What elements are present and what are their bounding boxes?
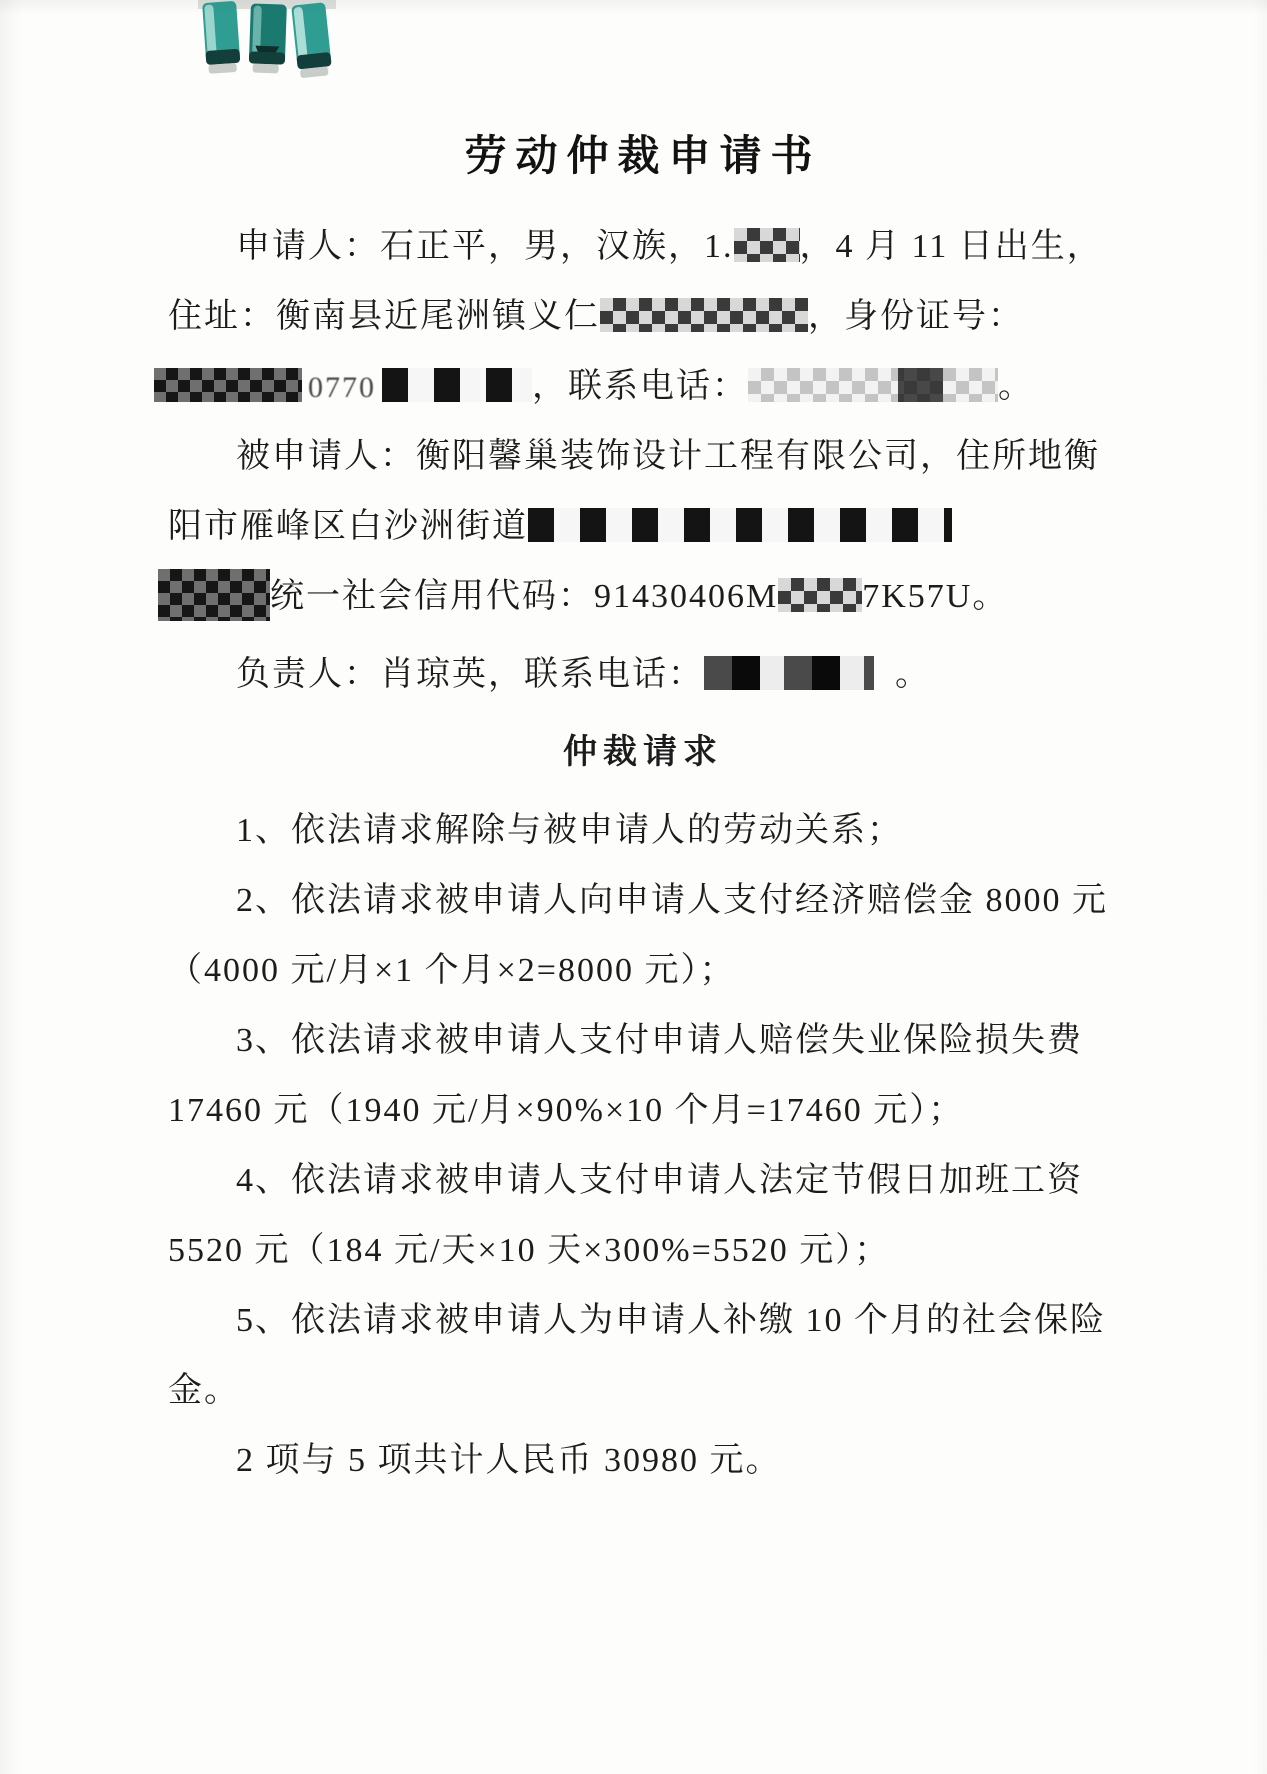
applicant-line-1: 申请人：石正平，男，汉族，1.，4 月 11 日出生， bbox=[168, 212, 1118, 282]
respondent-line1-text: 被申请人：衡阳馨巢装饰设计工程有限公司，住所地衡 bbox=[236, 438, 1100, 475]
principal-pre: 负责人：肖琼英，联系电话： bbox=[236, 656, 704, 693]
total-amount-line: 2 项与 5 项共计人民币 30980 元。 bbox=[168, 1426, 1118, 1496]
principal-end: 。 bbox=[895, 656, 931, 693]
redaction-code-middle bbox=[778, 578, 862, 612]
credit-code-label: 统一社会信用代码： bbox=[270, 578, 594, 615]
applicant-line-3: 0770，联系电话：。 bbox=[168, 352, 1118, 422]
redaction-street-address bbox=[528, 508, 952, 542]
request-item-3-line-1: 3、依法请求被申请人支付申请人赔偿失业保险损失费 bbox=[168, 1006, 1118, 1076]
respondent-line-3: 统一社会信用代码：91430406M7K57U。 bbox=[168, 562, 1118, 632]
applicant-line-2: 住址：衡南县近尾洲镇义仁，身份证号： bbox=[168, 282, 1118, 352]
redaction-phone-applicant bbox=[748, 368, 998, 402]
request-item-5-line-1: 5、依法请求被申请人为申请人补缴 10 个月的社会保险 bbox=[168, 1286, 1118, 1356]
request-item-4-line-1: 4、依法请求被申请人支付申请人法定节假日加班工资 bbox=[168, 1146, 1118, 1216]
redaction-id-left bbox=[154, 368, 302, 402]
arbitration-request-heading: 仲裁请求 bbox=[168, 718, 1118, 788]
respondent-line2-pre: 阳市雁峰区白沙洲街道 bbox=[168, 508, 528, 545]
redaction-birth-year bbox=[734, 228, 800, 262]
scanned-page: 劳动仲裁申请书 申请人：石正平，男，汉族，1.，4 月 11 日出生， 住址：衡… bbox=[0, 0, 1267, 1774]
applicant-line2-pre: 住址：衡南县近尾洲镇义仁 bbox=[168, 298, 600, 335]
request-item-1: 1、依法请求解除与被申请人的劳动关系； bbox=[168, 796, 1118, 866]
applicant-line1-pre: 申请人：石正平，男，汉族，1. bbox=[236, 228, 734, 265]
principal-line: 负责人：肖琼英，联系电话： 。 bbox=[168, 640, 1118, 710]
document: 劳动仲裁申请书 申请人：石正平，男，汉族，1.，4 月 11 日出生， 住址：衡… bbox=[168, 126, 1118, 1496]
applicant-line1-post: ，4 月 11 日出生， bbox=[800, 228, 1103, 265]
request-item-2-line-1: 2、依法请求被申请人向申请人支付经济赔偿金 8000 元 bbox=[168, 866, 1118, 936]
request-item-5-line-2: 金。 bbox=[168, 1356, 1118, 1426]
redaction-before-code bbox=[158, 569, 270, 621]
request-item-4-line-2: 5520 元（184 元/天×10 天×300%=5520 元）； bbox=[168, 1216, 1118, 1286]
respondent-line-2: 阳市雁峰区白沙洲街道 bbox=[168, 492, 1118, 562]
redaction-id-right bbox=[382, 368, 532, 402]
binder-clip-icon bbox=[192, 0, 342, 86]
page-title: 劳动仲裁申请书 bbox=[168, 126, 1118, 188]
redaction-phone-principal bbox=[704, 656, 874, 690]
request-item-2-line-2: （4000 元/月×1 个月×2=8000 元）； bbox=[168, 936, 1118, 1006]
credit-code-post: 7K57U。 bbox=[862, 578, 1008, 615]
credit-code-pre: 91430406M bbox=[594, 578, 778, 615]
request-item-3-line-2: 17460 元（1940 元/月×90%×10 个月=17460 元）； bbox=[168, 1076, 1118, 1146]
respondent-line-1: 被申请人：衡阳馨巢装饰设计工程有限公司，住所地衡 bbox=[168, 422, 1118, 492]
applicant-line3-end: 。 bbox=[998, 368, 1034, 405]
applicant-line2-post: ，身份证号： bbox=[808, 298, 1024, 335]
id-number-fragment: 0770 bbox=[302, 371, 382, 404]
redaction-address bbox=[600, 298, 808, 332]
applicant-line3-mid: ，联系电话： bbox=[532, 368, 748, 405]
